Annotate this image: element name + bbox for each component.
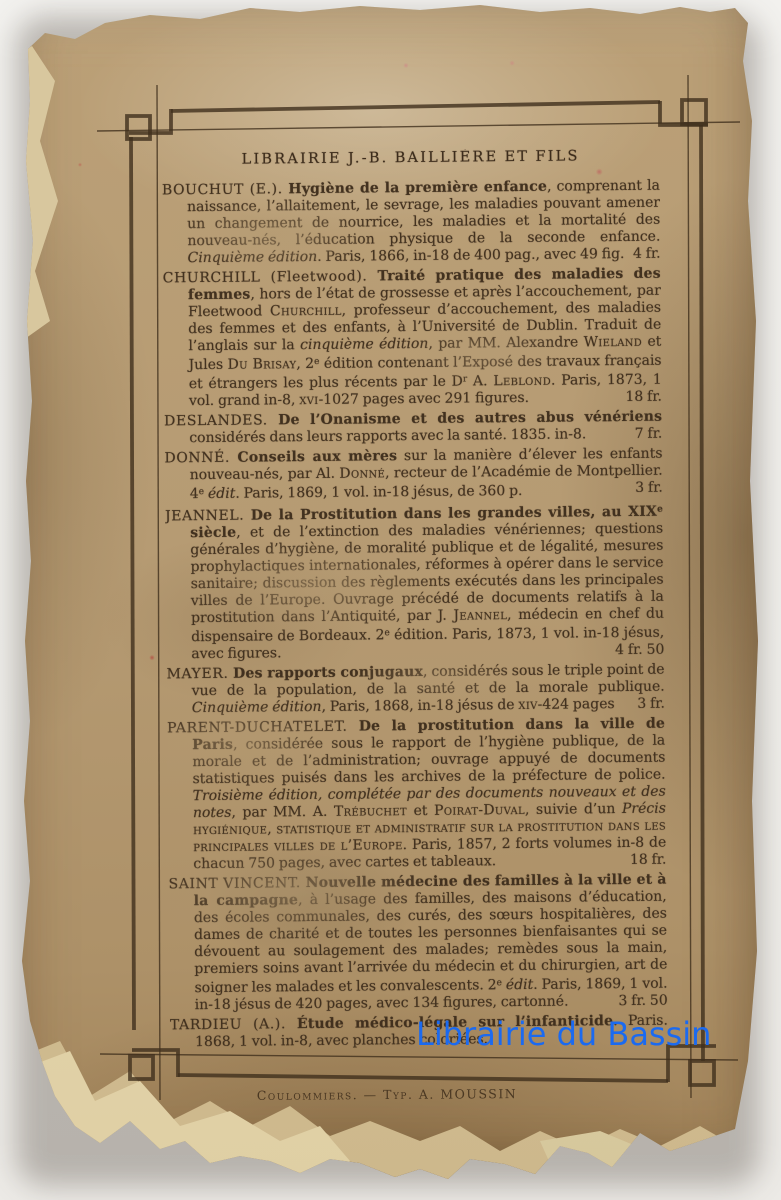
- entry-text: BOUCHUT (E.).: [162, 181, 289, 198]
- entry-text: édit: [208, 486, 236, 502]
- entry-text: . Paris, 1869, 1 vol. in-18 jésus, de 36…: [235, 483, 522, 502]
- entry-text: cinquième édition: [300, 336, 428, 353]
- entry-text: DESLANDES.: [164, 412, 278, 429]
- entry-text: Wieland: [584, 334, 643, 351]
- entry-text: Des rapports conjugaux: [233, 664, 423, 682]
- entry-text: Donné: [339, 465, 385, 481]
- entry-price: 3 fr.: [637, 696, 665, 713]
- entry-text: édit: [506, 977, 534, 993]
- entry-price: 4 fr. 50: [615, 642, 664, 659]
- catalog-entries: BOUCHUT (E.). Hygiène de la première enf…: [162, 178, 668, 1052]
- entry-text: Leblond: [493, 373, 551, 390]
- entry-text: , Paris, 1868, in-18 jésus de: [321, 697, 518, 715]
- librairie-du-bassin-watermark: Librairie du Bassin: [416, 1015, 711, 1053]
- catalog-entry: BOUCHUT (E.). Hygiène de la première enf…: [162, 178, 661, 268]
- entry-price: 18 fr.: [625, 389, 662, 406]
- entry-text: De l’Onanisme et des autres abus vénérie…: [278, 409, 662, 429]
- catalog-entry: JEANNEL. De la Prostitution dans les gra…: [165, 502, 664, 664]
- entry-text: Hygiène de la première enfance: [288, 179, 547, 197]
- entry-text: CHURCHILL (Fleetwood).: [163, 268, 378, 286]
- entry-text: Cinquième édition: [187, 249, 317, 266]
- entry-price: 3 fr.: [635, 480, 663, 497]
- entry-text: Poirat-Duval: [434, 802, 525, 819]
- entry-text: PARENT-DUCHATELET.: [167, 719, 359, 737]
- photo-background: { "watermark": { "text": "Librairie du B…: [0, 0, 781, 1200]
- entry-text: -1027 pages avec 291 figures.: [318, 390, 529, 408]
- entry-text: Précis: [622, 801, 666, 817]
- entry-text: , par MM. A.: [231, 804, 334, 821]
- publisher-header: LIBRAIRIE J.-B. BAILLIÈRE ET FILS: [162, 148, 660, 170]
- entry-text: considérés dans leurs rapports avec la s…: [189, 426, 586, 446]
- entry-text: , suivie d’un: [525, 801, 622, 818]
- entry-text: A.: [467, 373, 493, 389]
- entry-text: e: [657, 505, 663, 515]
- antique-book-back-cover: LIBRAIRIE J.-B. BAILLIÈRE ET FILS BOUCHU…: [8, 4, 766, 1186]
- entry-text: SAINT VINCENT.: [169, 875, 306, 892]
- catalog-entry: SAINT VINCENT. Nouvelle médecine des fam…: [169, 872, 668, 1015]
- catalog-text-block: LIBRAIRIE J.-B. BAILLIÈRE ET FILS BOUCHU…: [162, 148, 669, 1081]
- entry-text: Conseils aux mères: [237, 448, 397, 466]
- entry-price: 18 fr.: [630, 852, 667, 869]
- catalog-entry: MAYER. Des rapports conjugaux, considéré…: [166, 662, 664, 718]
- catalog-entry: CHURCHILL (Fleetwood). Traité pratique d…: [163, 266, 662, 411]
- entry-text: DONNÉ.: [164, 450, 237, 467]
- entry-text: . Paris, 1866, in-18 de 400 pag., avec 4…: [317, 246, 624, 265]
- catalog-entry: DESLANDES. De l’Onanisme et des autres a…: [164, 409, 662, 448]
- entry-text: siècle: [190, 525, 236, 541]
- entry-text: Du Brisay: [228, 356, 297, 373]
- entry-text: Trébuchet: [334, 803, 407, 820]
- entry-text: et: [407, 803, 434, 819]
- entry-text: , considérée sous le rapport de l’hygièn…: [192, 733, 665, 788]
- entry-text: xiv: [518, 697, 537, 713]
- entry-price: 3 fr. 50: [618, 993, 667, 1010]
- catalog-entry: PARENT-DUCHATELET. De la prostitution da…: [167, 716, 666, 874]
- entry-price: 7 fr.: [635, 426, 663, 443]
- entry-text: , par MM. Alexandre: [428, 334, 583, 351]
- entry-text: , 2: [296, 356, 314, 372]
- entry-text: xvi: [299, 392, 318, 408]
- entry-text: Jeannel: [453, 607, 507, 624]
- entry-price: 4 fr.: [633, 246, 661, 263]
- entry-text: TARDIEU (A.).: [170, 1016, 297, 1033]
- entry-text: Cinquième édition: [192, 699, 322, 716]
- catalog-entry: DONNÉ. Conseils aux mères sur la manière…: [164, 446, 662, 504]
- entry-text: Churchill: [270, 303, 342, 320]
- entry-text: -424 pages: [538, 696, 615, 713]
- entry-text: JEANNEL.: [165, 508, 251, 525]
- entry-text: MAYER.: [166, 666, 233, 683]
